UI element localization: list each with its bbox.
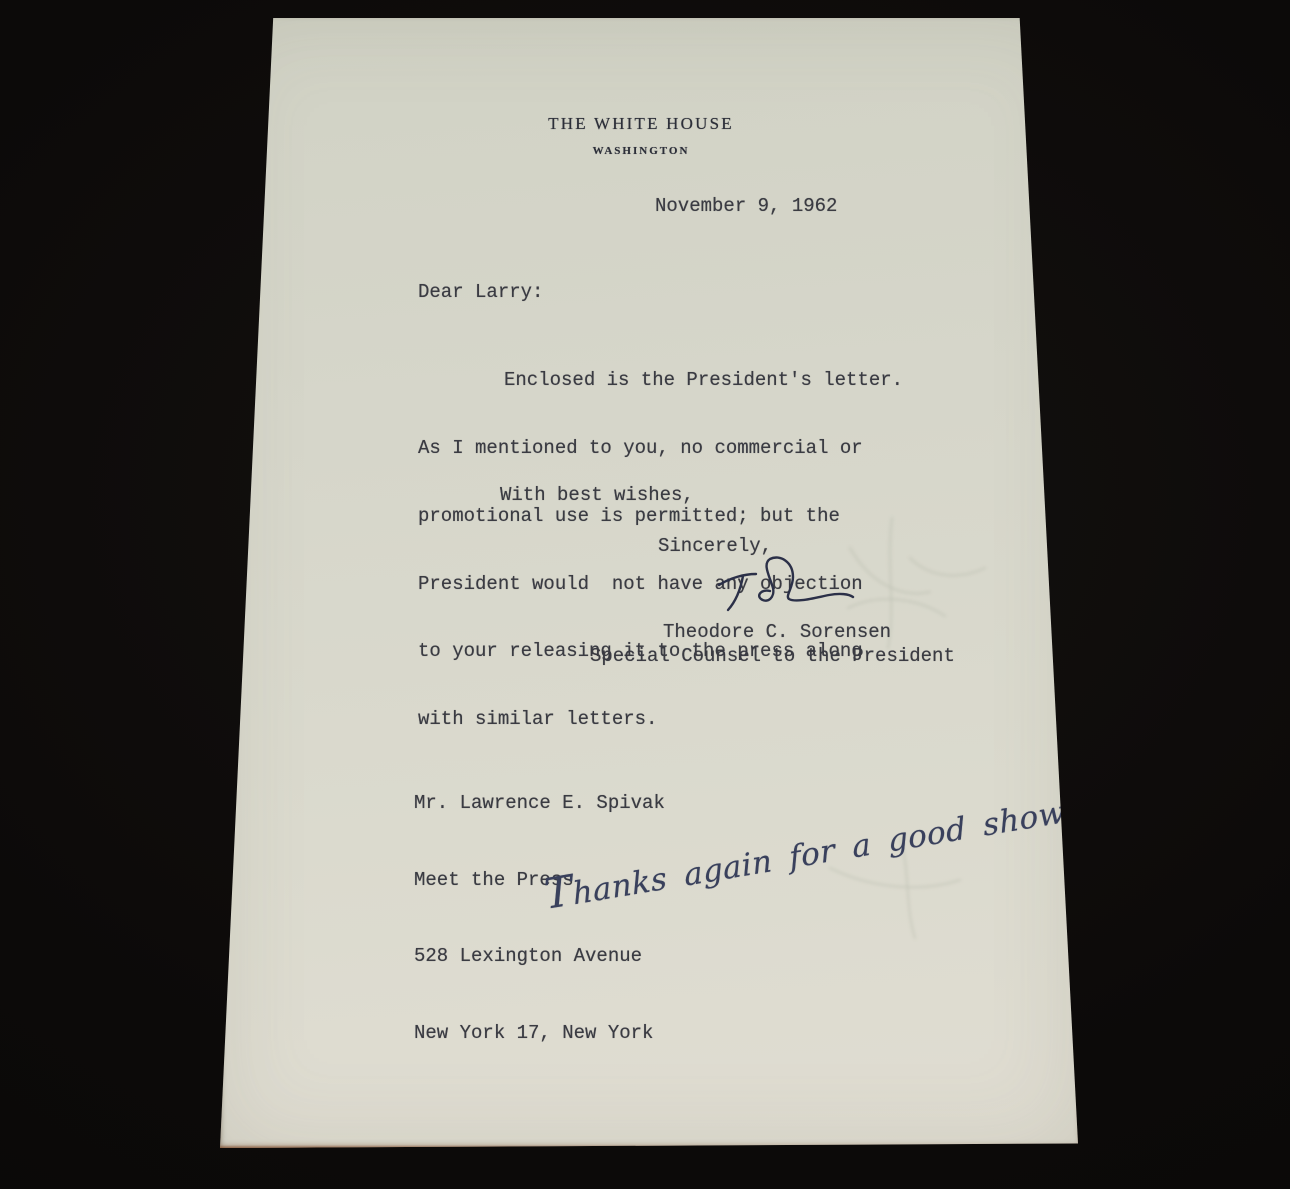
- typed-title: Special Counsel to the President: [590, 645, 955, 667]
- letterhead: THE WHITE HOUSE WASHINGTON: [212, 114, 1070, 157]
- recipient-line: 528 Lexington Avenue: [414, 944, 665, 970]
- typed-name: Theodore C. Sorensen: [663, 621, 891, 643]
- salutation: Dear Larry:: [418, 281, 543, 303]
- letterhead-title: THE WHITE HOUSE: [212, 114, 1070, 134]
- recipient-line: Mr. Lawrence E. Spivak: [414, 791, 665, 817]
- signature-scrawl: [712, 552, 858, 614]
- letterhead-subtitle: WASHINGTON: [212, 145, 1070, 157]
- date-line: November 9, 1962: [655, 195, 837, 217]
- body-line: promotional use is permitted; but the: [418, 505, 903, 528]
- recipient-line: New York 17, New York: [414, 1021, 665, 1047]
- body-line: As I mentioned to you, no commercial or: [418, 437, 903, 460]
- photo-background: THE WHITE HOUSE WASHINGTON November 9, 1…: [0, 0, 1290, 1189]
- letter-paper: THE WHITE HOUSE WASHINGTON November 9, 1…: [220, 18, 1078, 1148]
- closing-line: With best wishes,: [500, 484, 694, 506]
- body-line: with similar letters.: [418, 708, 903, 731]
- body-line: Enclosed is the President's letter.: [418, 369, 903, 392]
- paper-bottom-edge: [220, 1145, 1078, 1148]
